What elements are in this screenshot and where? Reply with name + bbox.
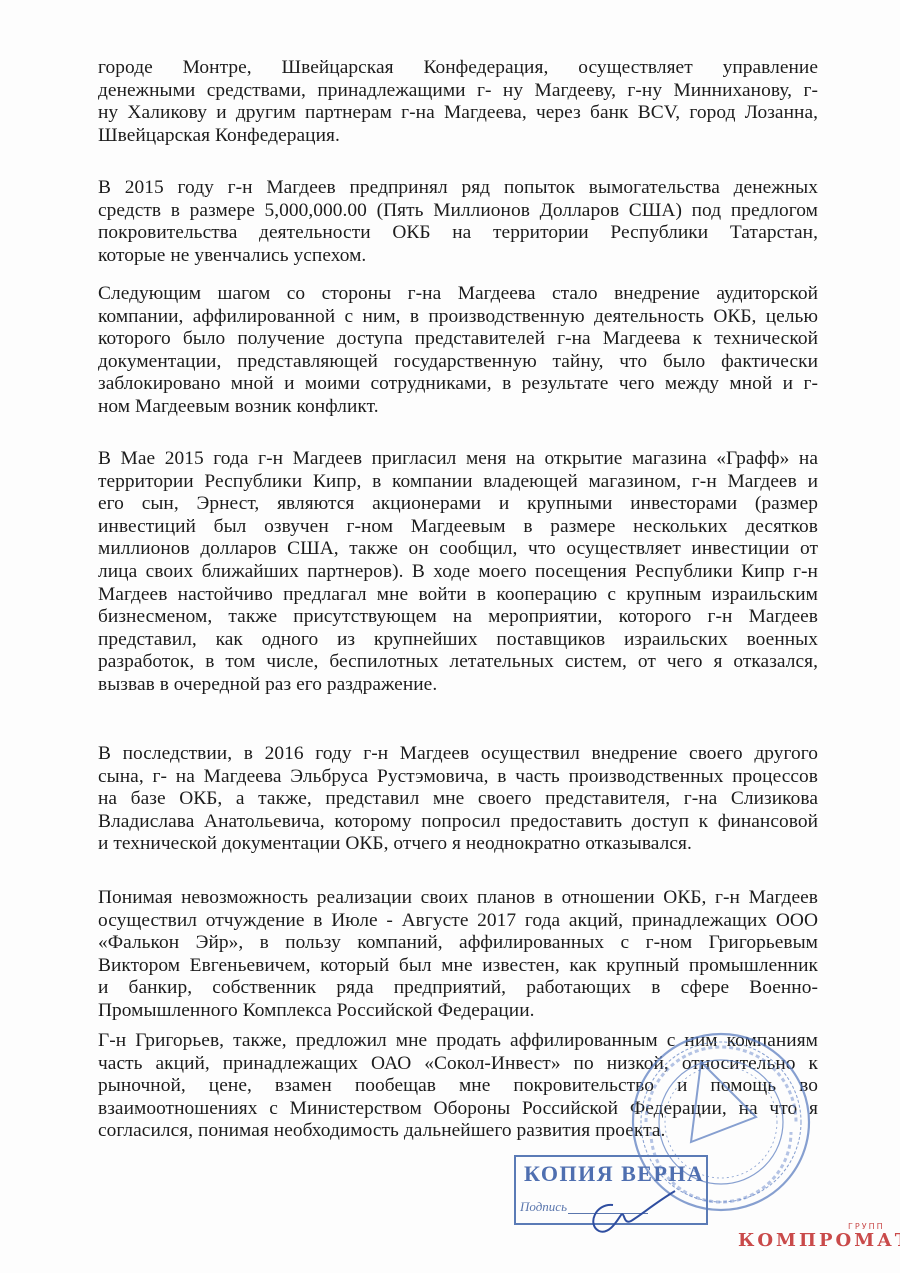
paragraph-line: денежными средствами, принадлежащими г- … (98, 80, 818, 103)
paragraph-line: миллионов долларов США, также он сообщил… (98, 538, 818, 561)
paragraph: городе Монтре, Швейцарская Конфедерация,… (98, 57, 818, 147)
paragraph-line: сына, г- на Магдеева Эльбруса Рустэмович… (98, 766, 818, 789)
paragraph: Следующим шагом со стороны г-на Магдеева… (98, 283, 818, 419)
paragraph-line: средств в размере 5,000,000.00 (Пять Мил… (98, 200, 818, 223)
paragraph-line: В последствии, в 2016 году г-н Магдеев о… (98, 743, 818, 766)
paragraph-line: осуществил отчуждение в Июле - Августе 2… (98, 910, 818, 933)
paragraph-line: взаимоотношениях с Министерством Обороны… (98, 1098, 818, 1121)
paragraph-line: которые не увенчались успехом. (98, 245, 818, 268)
paragraph-line: на базе ОКБ, а также, представил мне сво… (98, 788, 818, 811)
paragraph-line: которого было получение доступа представ… (98, 328, 818, 351)
stamp-signature-label: Подпись (520, 1199, 567, 1215)
paragraph-line: его сын, Эрнест, являются акционерами и … (98, 493, 818, 516)
paragraph-line: рыночной, цене, взамен пообещав мне покр… (98, 1075, 818, 1098)
paragraph: В Мае 2015 года г-н Магдеев пригласил ме… (98, 448, 818, 697)
paragraph-line: Магдеев настойчиво предлагал мне войти в… (98, 584, 818, 607)
paragraph-line: ном Магдеевым возник конфликт. (98, 396, 818, 419)
paragraph: Г-н Григорьев, также, предложил мне прод… (98, 1030, 818, 1143)
paragraph-line: территории Республики Кипр, в компании в… (98, 471, 818, 494)
paragraph-line: бизнесменом, также присутствующем на мер… (98, 606, 818, 629)
paragraph-line: В Мае 2015 года г-н Магдеев пригласил ме… (98, 448, 818, 471)
paragraph-line: заблокировано мной и моими сотрудниками,… (98, 373, 818, 396)
paragraph-line: Промышленного Комплекса Российской Федер… (98, 1000, 818, 1023)
paragraph-line: вызвав в очередной раз его раздражение. (98, 674, 818, 697)
paragraph-line: ну Халикову и другим партнерам г-на Магд… (98, 102, 818, 125)
copy-certified-stamp: КОПИЯ ВЕРНА Подпись (514, 1155, 708, 1225)
paragraph: В последствии, в 2016 году г-н Магдеев о… (98, 743, 818, 856)
paragraph-line: Г-н Григорьев, также, предложил мне прод… (98, 1030, 818, 1053)
paragraph-line: «Фалькон Эйр», в пользу компаний, аффили… (98, 932, 818, 955)
paragraph-line: Владислава Анатольевича, которому попрос… (98, 811, 818, 834)
paragraph-line: часть акций, принадлежащих ОАО «Сокол-Ин… (98, 1053, 818, 1076)
paragraph-line: документации, представляющей государстве… (98, 351, 818, 374)
paragraph-line: лица своих ближайших партнеров). В ходе … (98, 561, 818, 584)
paragraph-line: Швейцарская Конфедерация. (98, 125, 818, 148)
paragraph-line: покровительства деятельности ОКБ на терр… (98, 222, 818, 245)
stamp-title: КОПИЯ ВЕРНА (524, 1161, 704, 1187)
stamp-signature-line (568, 1213, 648, 1214)
watermark-logo: КОМПРОМАТ (738, 1230, 900, 1251)
paragraph: В 2015 году г-н Магдеев предпринял ряд п… (98, 177, 818, 267)
paragraph-line: и банкир, собственник ряда предприятий, … (98, 977, 818, 1000)
document-page: городе Монтре, Швейцарская Конфедерация,… (0, 0, 900, 1273)
paragraph-line: Понимая невозможность реализации своих п… (98, 887, 818, 910)
paragraph-line: согласился, понимая необходимость дальне… (98, 1120, 818, 1143)
paragraph-line: городе Монтре, Швейцарская Конфедерация,… (98, 57, 818, 80)
paragraph-line: Следующим шагом со стороны г-на Магдеева… (98, 283, 818, 306)
paragraph-line: В 2015 году г-н Магдеев предпринял ряд п… (98, 177, 818, 200)
paragraph-line: Виктором Евгеньевичем, который был мне и… (98, 955, 818, 978)
paragraph-line: представил, как одного из крупнейших пос… (98, 629, 818, 652)
paragraph: Понимая невозможность реализации своих п… (98, 887, 818, 1023)
paragraph-line: инвестиций был озвучен г-ном Магдеевым в… (98, 516, 818, 539)
paragraph-line: разработок, в том числе, беспилотных лет… (98, 651, 818, 674)
paragraph-line: компании, аффилированной с ним, в произв… (98, 306, 818, 329)
paragraph-line: и технической документации ОКБ, отчего я… (98, 833, 818, 856)
